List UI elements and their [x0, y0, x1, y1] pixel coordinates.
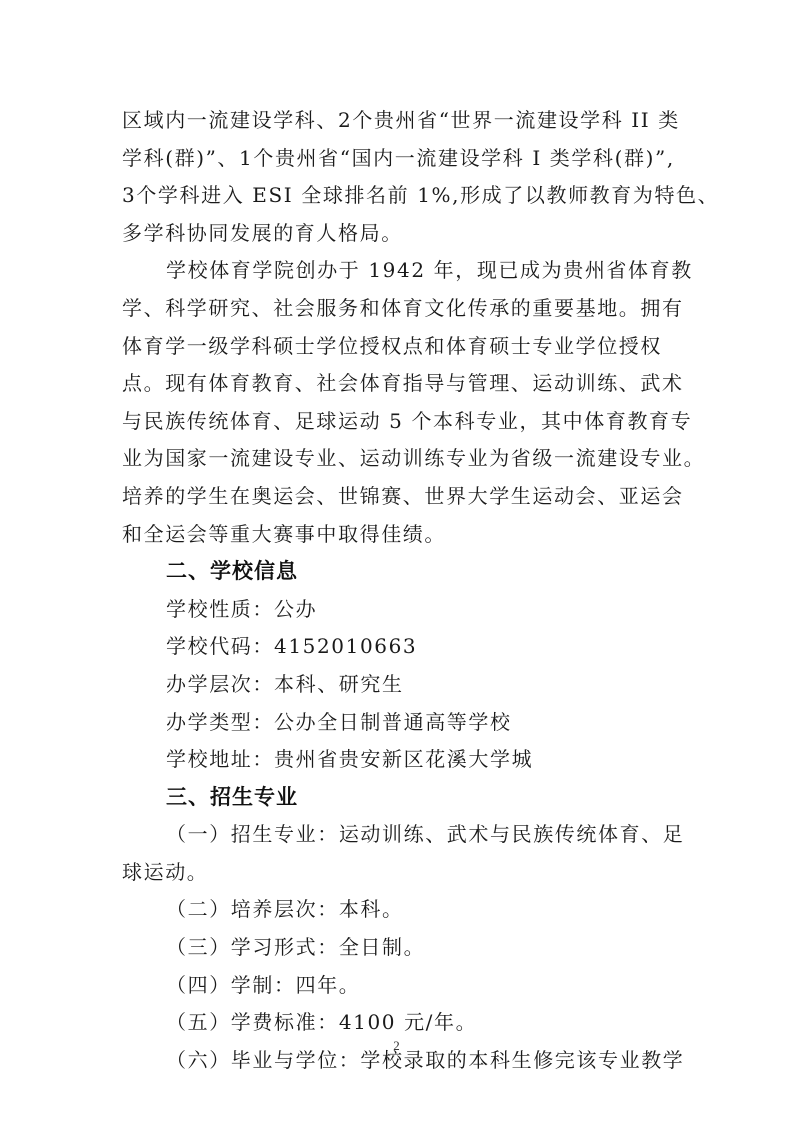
info-value: 公办: [274, 597, 317, 621]
info-label: 学校代码：: [166, 634, 274, 658]
text-line: 业为国家一流建设专业、运动训练专业为省级一流建设专业。: [122, 440, 674, 478]
info-label: 学校性质：: [166, 597, 274, 621]
item-value: 本科。: [339, 897, 404, 921]
text-line: 多学科协同发展的育人格局。: [122, 215, 674, 253]
text-line: 培养的学生在奥运会、世锦赛、世界大学生运动会、亚运会: [122, 478, 674, 516]
text-line: 和全运会等重大赛事中取得佳绩。: [122, 516, 674, 554]
text-line: 学校体育学院创办于 1942 年，现已成为贵州省体育教: [122, 252, 674, 290]
text-line: 与民族传统体育、足球运动 5 个本科专业，其中体育教育专: [122, 403, 674, 441]
major-item-form: （三）学习形式：全日制。: [122, 929, 674, 967]
item-label: （一）招生专业：: [166, 822, 339, 846]
text-line: 点。现有体育教育、社会体育指导与管理、运动训练、武术: [122, 365, 674, 403]
section-heading-school-info: 二、学校信息: [122, 553, 674, 591]
document-page: 区域内一流建设学科、2个贵州省“世界一流建设学科 II 类 学科(群)”、1个贵…: [122, 102, 674, 1079]
info-label: 办学层次：: [166, 672, 274, 696]
text-line: 3个学科进入 ESI 全球排名前 1%,形成了以教师教育为特色、: [122, 177, 674, 215]
info-item-level: 办学层次：本科、研究生: [122, 666, 674, 704]
info-value: 4152010663: [274, 634, 417, 658]
info-label: 学校地址：: [166, 747, 274, 771]
info-item-nature: 学校性质：公办: [122, 591, 674, 629]
item-value: 4100 元/年。: [339, 1010, 477, 1034]
text-line: 体育学一级学科硕士学位授权点和体育硕士专业学位授权: [122, 328, 674, 366]
info-label: 办学类型：: [166, 710, 274, 734]
major-item-level: （二）培养层次：本科。: [122, 891, 674, 929]
sports-college-paragraph: 学校体育学院创办于 1942 年，现已成为贵州省体育教 学、科学研究、社会服务和…: [122, 252, 674, 553]
item-value: 全日制。: [339, 935, 425, 959]
section-heading-majors: 三、招生专业: [122, 779, 674, 817]
item-value: 四年。: [296, 973, 361, 997]
item-label: （五）学费标准：: [166, 1010, 339, 1034]
info-item-code: 学校代码：4152010663: [122, 628, 674, 666]
item-label: （四）学制：: [166, 973, 296, 997]
major-item-tuition: （五）学费标准：4100 元/年。: [122, 1004, 674, 1042]
info-value: 公办全日制普通高等学校: [274, 710, 512, 734]
major-item-majors-continuation: 球运动。: [122, 854, 674, 892]
item-label: （三）学习形式：: [166, 935, 339, 959]
page-number: 2: [0, 1038, 793, 1054]
majors-section: 三、招生专业 （一）招生专业：运动训练、武术与民族传统体育、足 球运动。 （二）…: [122, 779, 674, 1080]
intro-paragraph: 区域内一流建设学科、2个贵州省“世界一流建设学科 II 类 学科(群)”、1个贵…: [122, 102, 674, 252]
info-item-type: 办学类型：公办全日制普通高等学校: [122, 704, 674, 742]
text-line: 区域内一流建设学科、2个贵州省“世界一流建设学科 II 类: [122, 102, 674, 140]
info-value: 贵州省贵安新区花溪大学城: [274, 747, 533, 771]
item-label: （二）培养层次：: [166, 897, 339, 921]
info-value: 本科、研究生: [274, 672, 404, 696]
school-info-section: 二、学校信息 学校性质：公办 学校代码：4152010663 办学层次：本科、研…: [122, 553, 674, 779]
item-value: 运动训练、武术与民族传统体育、足: [339, 822, 685, 846]
info-item-address: 学校地址：贵州省贵安新区花溪大学城: [122, 741, 674, 779]
text-line: 学科(群)”、1个贵州省“国内一流建设学科 I 类学科(群)”,: [122, 140, 674, 178]
major-item-duration: （四）学制：四年。: [122, 967, 674, 1005]
major-item-majors: （一）招生专业：运动训练、武术与民族传统体育、足: [122, 816, 674, 854]
text-line: 学、科学研究、社会服务和体育文化传承的重要基地。拥有: [122, 290, 674, 328]
